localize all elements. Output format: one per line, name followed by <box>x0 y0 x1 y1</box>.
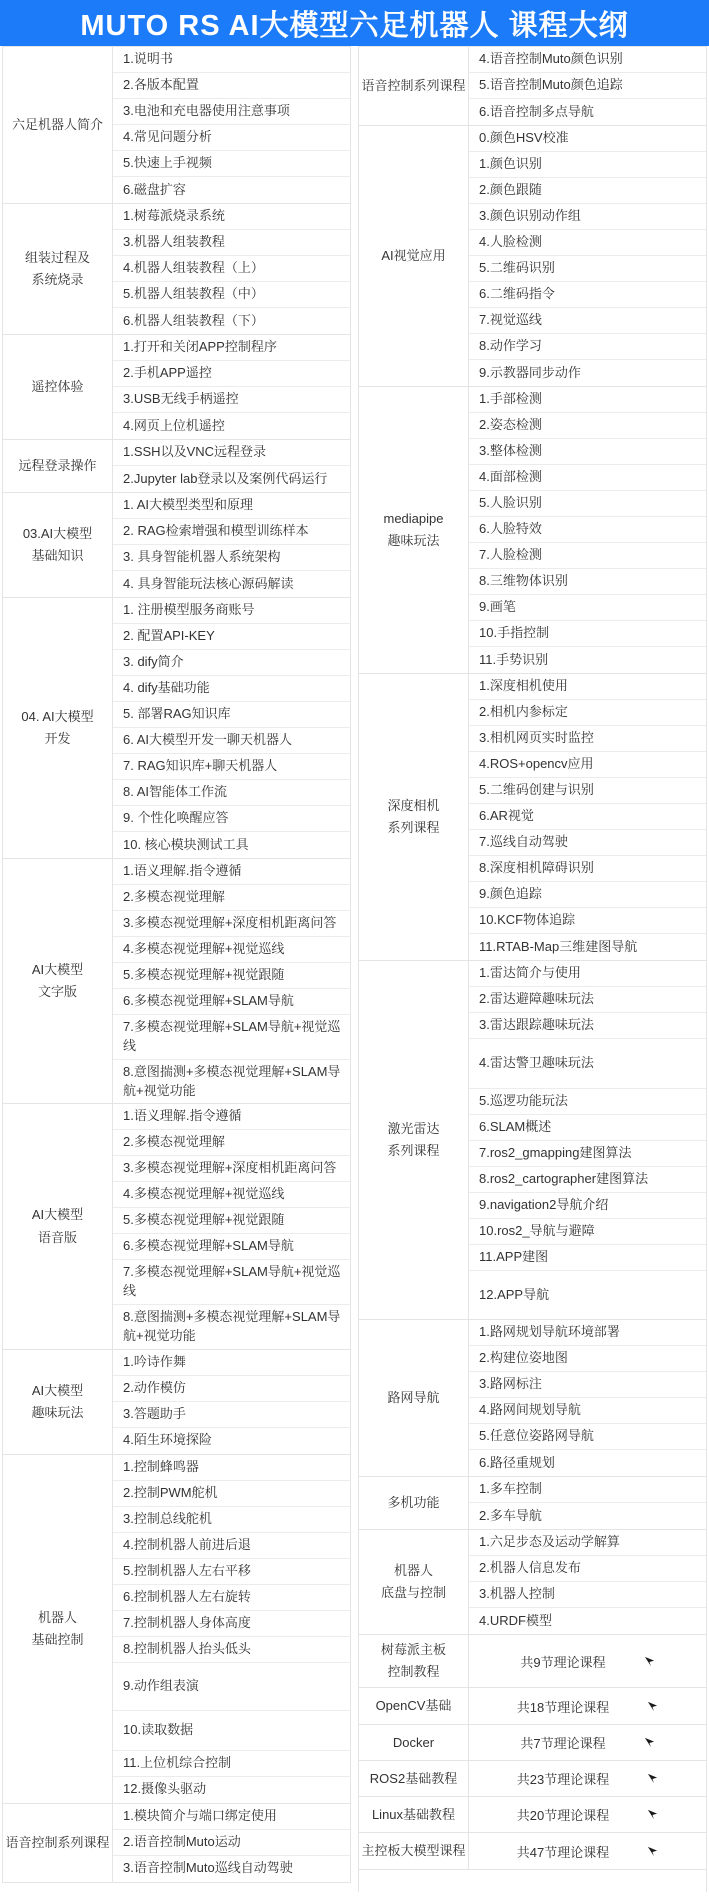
course-item: 6. AI大模型开发一聊天机器人 <box>113 728 350 754</box>
course-item-list: 1. AI大模型类型和原理2. RAG检索增强和模型训练样本3. 具身智能机器人… <box>113 493 350 597</box>
course-item: 9.画笔 <box>469 595 706 621</box>
course-item: 0.颜色HSV校准 <box>469 126 706 152</box>
course-item-list: 1.多车控制2.多车导航 <box>469 1477 706 1529</box>
course-item: 4.人脸检测 <box>469 230 706 256</box>
category-cell: 机器人 底盘与控制 <box>359 1530 469 1634</box>
course-item: 3.多模态视觉理解+深度相机距离问答 <box>113 1156 350 1182</box>
summary-row[interactable]: ROS2基础教程共23节理论课程 <box>359 1761 706 1797</box>
course-item: 2.构建位姿地图 <box>469 1346 706 1372</box>
course-item: 1.颜色识别 <box>469 152 706 178</box>
course-item: 8.ros2_cartographer建图算法 <box>469 1167 706 1193</box>
course-item: 5.二维码识别 <box>469 256 706 282</box>
course-item: 1.路网规划导航环境部署 <box>469 1320 706 1346</box>
course-item: 3.电池和充电器使用注意事项 <box>113 99 350 125</box>
course-item: 4.语音控制Muto颜色识别 <box>469 47 706 73</box>
course-item: 4. dify基础功能 <box>113 676 350 702</box>
summary-label: 共23节理论课程 <box>517 1769 609 1788</box>
course-item: 8.控制机器人抬头低头 <box>113 1637 350 1663</box>
cursor-icon <box>644 1737 655 1748</box>
course-item: 11.APP建图 <box>469 1245 706 1271</box>
summary-label: 共7节理论课程 <box>520 1733 605 1752</box>
course-item: 2.姿态检测 <box>469 413 706 439</box>
course-item-list: 1.模块简介与端口绑定使用2.语音控制Muto运动3.语音控制Muto巡线自动驾… <box>113 1804 350 1882</box>
course-section: 多机功能1.多车控制2.多车导航 <box>359 1477 706 1530</box>
course-item: 9.动作组表演 <box>113 1663 350 1711</box>
category-cell: 机器人 基础控制 <box>3 1455 113 1803</box>
course-item: 7.多模态视觉理解+SLAM导航+视觉巡线 <box>113 1015 350 1060</box>
left-table: 六足机器人简介1.说明书2.各版本配置3.电池和充电器使用注意事项4.常见问题分… <box>2 46 351 1883</box>
course-item-list: 0.颜色HSV校准1.颜色识别2.颜色跟随3.颜色识别动作组4.人脸检测5.二维… <box>469 126 706 386</box>
course-item: 10.手指控制 <box>469 621 706 647</box>
course-item: 5.巡逻功能玩法 <box>469 1089 706 1115</box>
course-item: 6.人脸特效 <box>469 517 706 543</box>
summary-label: 共9节理论课程 <box>520 1652 605 1671</box>
course-item: 2.多车导航 <box>469 1503 706 1529</box>
course-item: 4. 具身智能玩法核心源码解读 <box>113 571 350 597</box>
cursor-icon <box>647 1809 658 1820</box>
category-cell: 主控板大模型课程 <box>359 1833 469 1869</box>
category-cell: 03.AI大模型 基础知识 <box>3 493 113 597</box>
course-item-list: 1.深度相机使用2.相机内参标定3.相机网页实时监控4.ROS+opencv应用… <box>469 674 706 960</box>
course-item: 8.深度相机障碍识别 <box>469 856 706 882</box>
course-item: 3.机器人组装教程 <box>113 230 350 256</box>
course-item: 2.多模态视觉理解 <box>113 885 350 911</box>
course-item: 9.颜色追踪 <box>469 882 706 908</box>
right-table: 语音控制系列课程4.语音控制Muto颜色识别5.语音控制Muto颜色追踪6.语音… <box>358 46 707 1892</box>
summary-cell[interactable]: 共47节理论课程 <box>469 1833 706 1869</box>
course-section: 机器人 基础控制1.控制蜂鸣器2.控制PWM舵机3.控制总线舵机4.控制机器人前… <box>3 1455 350 1804</box>
course-item: 3.相机网页实时监控 <box>469 726 706 752</box>
course-item: 1.说明书 <box>113 47 350 73</box>
course-item-list: 1.路网规划导航环境部署2.构建位姿地图3.路网标注4.路网间规划导航5.任意位… <box>469 1320 706 1476</box>
course-section: 六足机器人简介1.说明书2.各版本配置3.电池和充电器使用注意事项4.常见问题分… <box>3 47 350 204</box>
course-item-list: 1.SSH以及VNC远程登录2.Jupyter lab登录以及案例代码运行 <box>113 440 350 492</box>
course-item: 5.多模态视觉理解+视觉跟随 <box>113 1208 350 1234</box>
summary-row[interactable]: 主控板大模型课程共47节理论课程 <box>359 1833 706 1870</box>
course-item: 5.任意位姿路网导航 <box>469 1424 706 1450</box>
course-section: 激光雷达 系列课程1.雷达简介与使用2.雷达避障趣味玩法3.雷达跟踪趣味玩法4.… <box>359 961 706 1320</box>
course-item: 2.相机内参标定 <box>469 700 706 726</box>
course-item: 1.语义理解.指令遵循 <box>113 859 350 885</box>
course-item: 7.巡线自动驾驶 <box>469 830 706 856</box>
course-item: 4.面部检测 <box>469 465 706 491</box>
course-item: 8. AI智能体工作流 <box>113 780 350 806</box>
course-item: 5.多模态视觉理解+视觉跟随 <box>113 963 350 989</box>
category-cell: ROS2基础教程 <box>359 1761 469 1796</box>
course-item: 1.树莓派烧录系统 <box>113 204 350 230</box>
course-item: 6.多模态视觉理解+SLAM导航 <box>113 1234 350 1260</box>
course-item: 3. 具身智能机器人系统架构 <box>113 545 350 571</box>
page-title: MUTO RS AI大模型六足机器人 课程大纲 <box>80 3 628 44</box>
course-item-list: 1.说明书2.各版本配置3.电池和充电器使用注意事项4.常见问题分析5.快速上手… <box>113 47 350 203</box>
course-item: 1.吟诗作舞 <box>113 1350 350 1376</box>
category-cell: 遥控体验 <box>3 335 113 439</box>
course-item: 2. 配置API-KEY <box>113 624 350 650</box>
course-item: 1.模块简介与端口绑定使用 <box>113 1804 350 1830</box>
course-section: 远程登录操作1.SSH以及VNC远程登录2.Jupyter lab登录以及案例代… <box>3 440 350 493</box>
course-item: 1.打开和关闭APP控制程序 <box>113 335 350 361</box>
course-item: 2.控制PWM舵机 <box>113 1481 350 1507</box>
summary-cell[interactable]: 共18节理论课程 <box>469 1688 706 1724</box>
category-cell: mediapipe 趣味玩法 <box>359 387 469 673</box>
course-item-list: 1.打开和关闭APP控制程序2.手机APP遥控3.USB无线手柄遥控4.网页上位… <box>113 335 350 439</box>
course-item: 5.机器人组装教程（中） <box>113 282 350 308</box>
category-cell: AI视觉应用 <box>359 126 469 386</box>
course-item: 6.机器人组装教程（下） <box>113 308 350 334</box>
course-section: AI大模型 趣味玩法1.吟诗作舞2.动作模仿3.答题助手4.陌生环境探险 <box>3 1350 350 1455</box>
course-section: 语音控制系列课程1.模块简介与端口绑定使用2.语音控制Muto运动3.语音控制M… <box>3 1804 350 1883</box>
course-item: 12.摄像头驱动 <box>113 1777 350 1803</box>
course-section: 语音控制系列课程4.语音控制Muto颜色识别5.语音控制Muto颜色追踪6.语音… <box>359 47 706 126</box>
summary-cell[interactable]: 共20节理论课程 <box>469 1797 706 1832</box>
course-item: 4.控制机器人前进后退 <box>113 1533 350 1559</box>
empty-row <box>359 1870 706 1892</box>
course-item-list: 1. 注册模型服务商账号2. 配置API-KEY3. dify简介4. dify… <box>113 598 350 858</box>
course-item-list: 1.语义理解.指令遵循2.多模态视觉理解3.多模态视觉理解+深度相机距离问答4.… <box>113 859 350 1103</box>
course-item: 6.语音控制多点导航 <box>469 99 706 125</box>
course-item: 7. RAG知识库+聊天机器人 <box>113 754 350 780</box>
category-cell: 语音控制系列课程 <box>359 47 469 125</box>
category-cell: Linux基础教程 <box>359 1797 469 1832</box>
outline-columns: 六足机器人简介1.说明书2.各版本配置3.电池和充电器使用注意事项4.常见问题分… <box>0 46 709 1898</box>
course-item: 3.语音控制Muto巡线自动驾驶 <box>113 1856 350 1882</box>
course-item: 2.机器人信息发布 <box>469 1556 706 1582</box>
course-section: 遥控体验1.打开和关闭APP控制程序2.手机APP遥控3.USB无线手柄遥控4.… <box>3 335 350 440</box>
cursor-icon <box>647 1773 658 1784</box>
course-item: 5.语音控制Muto颜色追踪 <box>469 73 706 99</box>
course-item: 4.ROS+opencv应用 <box>469 752 706 778</box>
course-item: 1.手部检测 <box>469 387 706 413</box>
summary-row[interactable]: Linux基础教程共20节理论课程 <box>359 1797 706 1833</box>
course-item: 10.ros2_导航与避障 <box>469 1219 706 1245</box>
summary-label: 共47节理论课程 <box>517 1842 609 1861</box>
course-item: 1. AI大模型类型和原理 <box>113 493 350 519</box>
summary-row[interactable]: Docker共7节理论课程 <box>359 1725 706 1761</box>
course-item: 1.六足步态及运动学解算 <box>469 1530 706 1556</box>
course-item: 3.机器人控制 <box>469 1582 706 1608</box>
course-item: 5. 部署RAG知识库 <box>113 702 350 728</box>
course-item: 7.人脸检测 <box>469 543 706 569</box>
course-section: AI视觉应用0.颜色HSV校准1.颜色识别2.颜色跟随3.颜色识别动作组4.人脸… <box>359 126 706 387</box>
course-item: 4.雷达警卫趣味玩法 <box>469 1039 706 1089</box>
course-item: 4.机器人组装教程（上） <box>113 256 350 282</box>
course-item: 2.雷达避障趣味玩法 <box>469 987 706 1013</box>
category-cell: 激光雷达 系列课程 <box>359 961 469 1319</box>
course-item: 3.答题助手 <box>113 1402 350 1428</box>
summary-row[interactable]: 树莓派主板 控制教程共9节理论课程 <box>359 1635 706 1688</box>
course-item: 3.颜色识别动作组 <box>469 204 706 230</box>
course-item: 2.动作模仿 <box>113 1376 350 1402</box>
course-item: 3.雷达跟踪趣味玩法 <box>469 1013 706 1039</box>
course-section: 03.AI大模型 基础知识1. AI大模型类型和原理2. RAG检索增强和模型训… <box>3 493 350 598</box>
title-banner: MUTO RS AI大模型六足机器人 课程大纲 <box>0 0 709 46</box>
course-item: 11.RTAB-Map三维建图导航 <box>469 934 706 960</box>
course-item: 11.上位机综合控制 <box>113 1751 350 1777</box>
course-item: 3.整体检测 <box>469 439 706 465</box>
course-item: 8.三维物体识别 <box>469 569 706 595</box>
course-item: 1.多车控制 <box>469 1477 706 1503</box>
course-item: 9.navigation2导航介绍 <box>469 1193 706 1219</box>
course-item: 7.控制机器人身体高度 <box>113 1611 350 1637</box>
course-item: 6.AR视觉 <box>469 804 706 830</box>
course-item: 1. 注册模型服务商账号 <box>113 598 350 624</box>
course-item: 10.KCF物体追踪 <box>469 908 706 934</box>
course-item: 2.颜色跟随 <box>469 178 706 204</box>
course-item: 10.读取数据 <box>113 1711 350 1751</box>
course-item: 1.控制蜂鸣器 <box>113 1455 350 1481</box>
course-item: 3.USB无线手柄遥控 <box>113 387 350 413</box>
course-item: 8.意图揣测+多模态视觉理解+SLAM导航+视觉功能 <box>113 1305 350 1349</box>
category-cell: 04. AI大模型 开发 <box>3 598 113 858</box>
course-item-list: 1.树莓派烧录系统3.机器人组装教程4.机器人组装教程（上）5.机器人组装教程（… <box>113 204 350 334</box>
course-section: 组装过程及 系统烧录1.树莓派烧录系统3.机器人组装教程4.机器人组装教程（上）… <box>3 204 350 335</box>
category-cell: 远程登录操作 <box>3 440 113 492</box>
cursor-icon <box>647 1846 658 1857</box>
course-item: 3.路网标注 <box>469 1372 706 1398</box>
category-cell: 组装过程及 系统烧录 <box>3 204 113 334</box>
course-item: 5.控制机器人左右平移 <box>113 1559 350 1585</box>
cursor-icon <box>647 1701 658 1712</box>
course-section: 机器人 底盘与控制1.六足步态及运动学解算2.机器人信息发布3.机器人控制4.U… <box>359 1530 706 1635</box>
course-item: 6.多模态视觉理解+SLAM导航 <box>113 989 350 1015</box>
course-item-list: 1.六足步态及运动学解算2.机器人信息发布3.机器人控制4.URDF模型 <box>469 1530 706 1634</box>
course-item: 4.URDF模型 <box>469 1608 706 1634</box>
course-item: 5.快速上手视频 <box>113 151 350 177</box>
course-item: 2.多模态视觉理解 <box>113 1130 350 1156</box>
course-item: 3.多模态视觉理解+深度相机距离问答 <box>113 911 350 937</box>
category-cell: AI大模型 文字版 <box>3 859 113 1103</box>
category-cell: AI大模型 语音版 <box>3 1104 113 1348</box>
category-cell: OpenCV基础 <box>359 1688 469 1724</box>
summary-cell[interactable]: 共23节理论课程 <box>469 1761 706 1796</box>
course-item: 6.路径重规划 <box>469 1450 706 1476</box>
course-item: 9. 个性化唤醒应答 <box>113 806 350 832</box>
course-item: 1.深度相机使用 <box>469 674 706 700</box>
course-item-list: 1.雷达简介与使用2.雷达避障趣味玩法3.雷达跟踪趣味玩法4.雷达警卫趣味玩法5… <box>469 961 706 1319</box>
course-section: 04. AI大模型 开发1. 注册模型服务商账号2. 配置API-KEY3. d… <box>3 598 350 859</box>
course-item: 7.视觉巡线 <box>469 308 706 334</box>
category-cell: 六足机器人简介 <box>3 47 113 203</box>
course-item: 9.示教器同步动作 <box>469 360 706 386</box>
category-cell: AI大模型 趣味玩法 <box>3 1350 113 1454</box>
category-cell: 树莓派主板 控制教程 <box>359 1635 469 1687</box>
category-cell: 语音控制系列课程 <box>3 1804 113 1882</box>
summary-row[interactable]: OpenCV基础共18节理论课程 <box>359 1688 706 1725</box>
course-item: 1.语义理解.指令遵循 <box>113 1104 350 1130</box>
course-item-list: 1.吟诗作舞2.动作模仿3.答题助手4.陌生环境探险 <box>113 1350 350 1454</box>
course-item: 4.常见问题分析 <box>113 125 350 151</box>
course-item: 7.多模态视觉理解+SLAM导航+视觉巡线 <box>113 1260 350 1305</box>
course-item: 5.二维码创建与识别 <box>469 778 706 804</box>
course-item: 6.二维码指令 <box>469 282 706 308</box>
category-cell: Docker <box>359 1725 469 1760</box>
course-item-list: 1.手部检测2.姿态检测3.整体检测4.面部检测5.人脸识别6.人脸特效7.人脸… <box>469 387 706 673</box>
course-item: 5.人脸识别 <box>469 491 706 517</box>
course-item: 4.路网间规划导航 <box>469 1398 706 1424</box>
course-item: 10. 核心模块测试工具 <box>113 832 350 858</box>
course-item: 1.SSH以及VNC远程登录 <box>113 440 350 466</box>
course-item-list: 4.语音控制Muto颜色识别5.语音控制Muto颜色追踪6.语音控制多点导航 <box>469 47 706 125</box>
course-item: 4.多模态视觉理解+视觉巡线 <box>113 937 350 963</box>
course-section: AI大模型 语音版1.语义理解.指令遵循2.多模态视觉理解3.多模态视觉理解+深… <box>3 1104 350 1349</box>
course-item: 8.动作学习 <box>469 334 706 360</box>
course-item: 2.手机APP遥控 <box>113 361 350 387</box>
course-item: 2. RAG检索增强和模型训练样本 <box>113 519 350 545</box>
course-item: 4.陌生环境探险 <box>113 1428 350 1454</box>
course-item-list: 1.控制蜂鸣器2.控制PWM舵机3.控制总线舵机4.控制机器人前进后退5.控制机… <box>113 1455 350 1803</box>
course-item: 6.SLAM概述 <box>469 1115 706 1141</box>
course-item-list: 1.语义理解.指令遵循2.多模态视觉理解3.多模态视觉理解+深度相机距离问答4.… <box>113 1104 350 1348</box>
course-section: 路网导航1.路网规划导航环境部署2.构建位姿地图3.路网标注4.路网间规划导航5… <box>359 1320 706 1477</box>
category-cell: 多机功能 <box>359 1477 469 1529</box>
category-cell: 路网导航 <box>359 1320 469 1476</box>
course-item: 8.意图揣测+多模态视觉理解+SLAM导航+视觉功能 <box>113 1060 350 1104</box>
course-item: 7.ros2_gmapping建图算法 <box>469 1141 706 1167</box>
summary-cell[interactable]: 共9节理论课程 <box>469 1635 706 1687</box>
summary-cell[interactable]: 共7节理论课程 <box>469 1725 706 1760</box>
summary-label: 共20节理论课程 <box>517 1805 609 1824</box>
course-item: 4.多模态视觉理解+视觉巡线 <box>113 1182 350 1208</box>
course-item: 3.控制总线舵机 <box>113 1507 350 1533</box>
course-item: 2.Jupyter lab登录以及案例代码运行 <box>113 466 350 492</box>
category-cell: 深度相机 系列课程 <box>359 674 469 960</box>
course-section: AI大模型 文字版1.语义理解.指令遵循2.多模态视觉理解3.多模态视觉理解+深… <box>3 859 350 1104</box>
summary-label: 共18节理论课程 <box>517 1697 609 1716</box>
course-item: 2.语音控制Muto运动 <box>113 1830 350 1856</box>
course-section: 深度相机 系列课程1.深度相机使用2.相机内参标定3.相机网页实时监控4.ROS… <box>359 674 706 961</box>
course-item: 6.控制机器人左右旋转 <box>113 1585 350 1611</box>
cursor-icon <box>644 1656 655 1667</box>
course-item: 1.雷达简介与使用 <box>469 961 706 987</box>
course-item: 2.各版本配置 <box>113 73 350 99</box>
course-item: 3. dify简介 <box>113 650 350 676</box>
course-section: mediapipe 趣味玩法1.手部检测2.姿态检测3.整体检测4.面部检测5.… <box>359 387 706 674</box>
course-item: 4.网页上位机遥控 <box>113 413 350 439</box>
course-item: 12.APP导航 <box>469 1271 706 1319</box>
course-item: 11.手势识别 <box>469 647 706 673</box>
course-item: 6.磁盘扩容 <box>113 177 350 203</box>
